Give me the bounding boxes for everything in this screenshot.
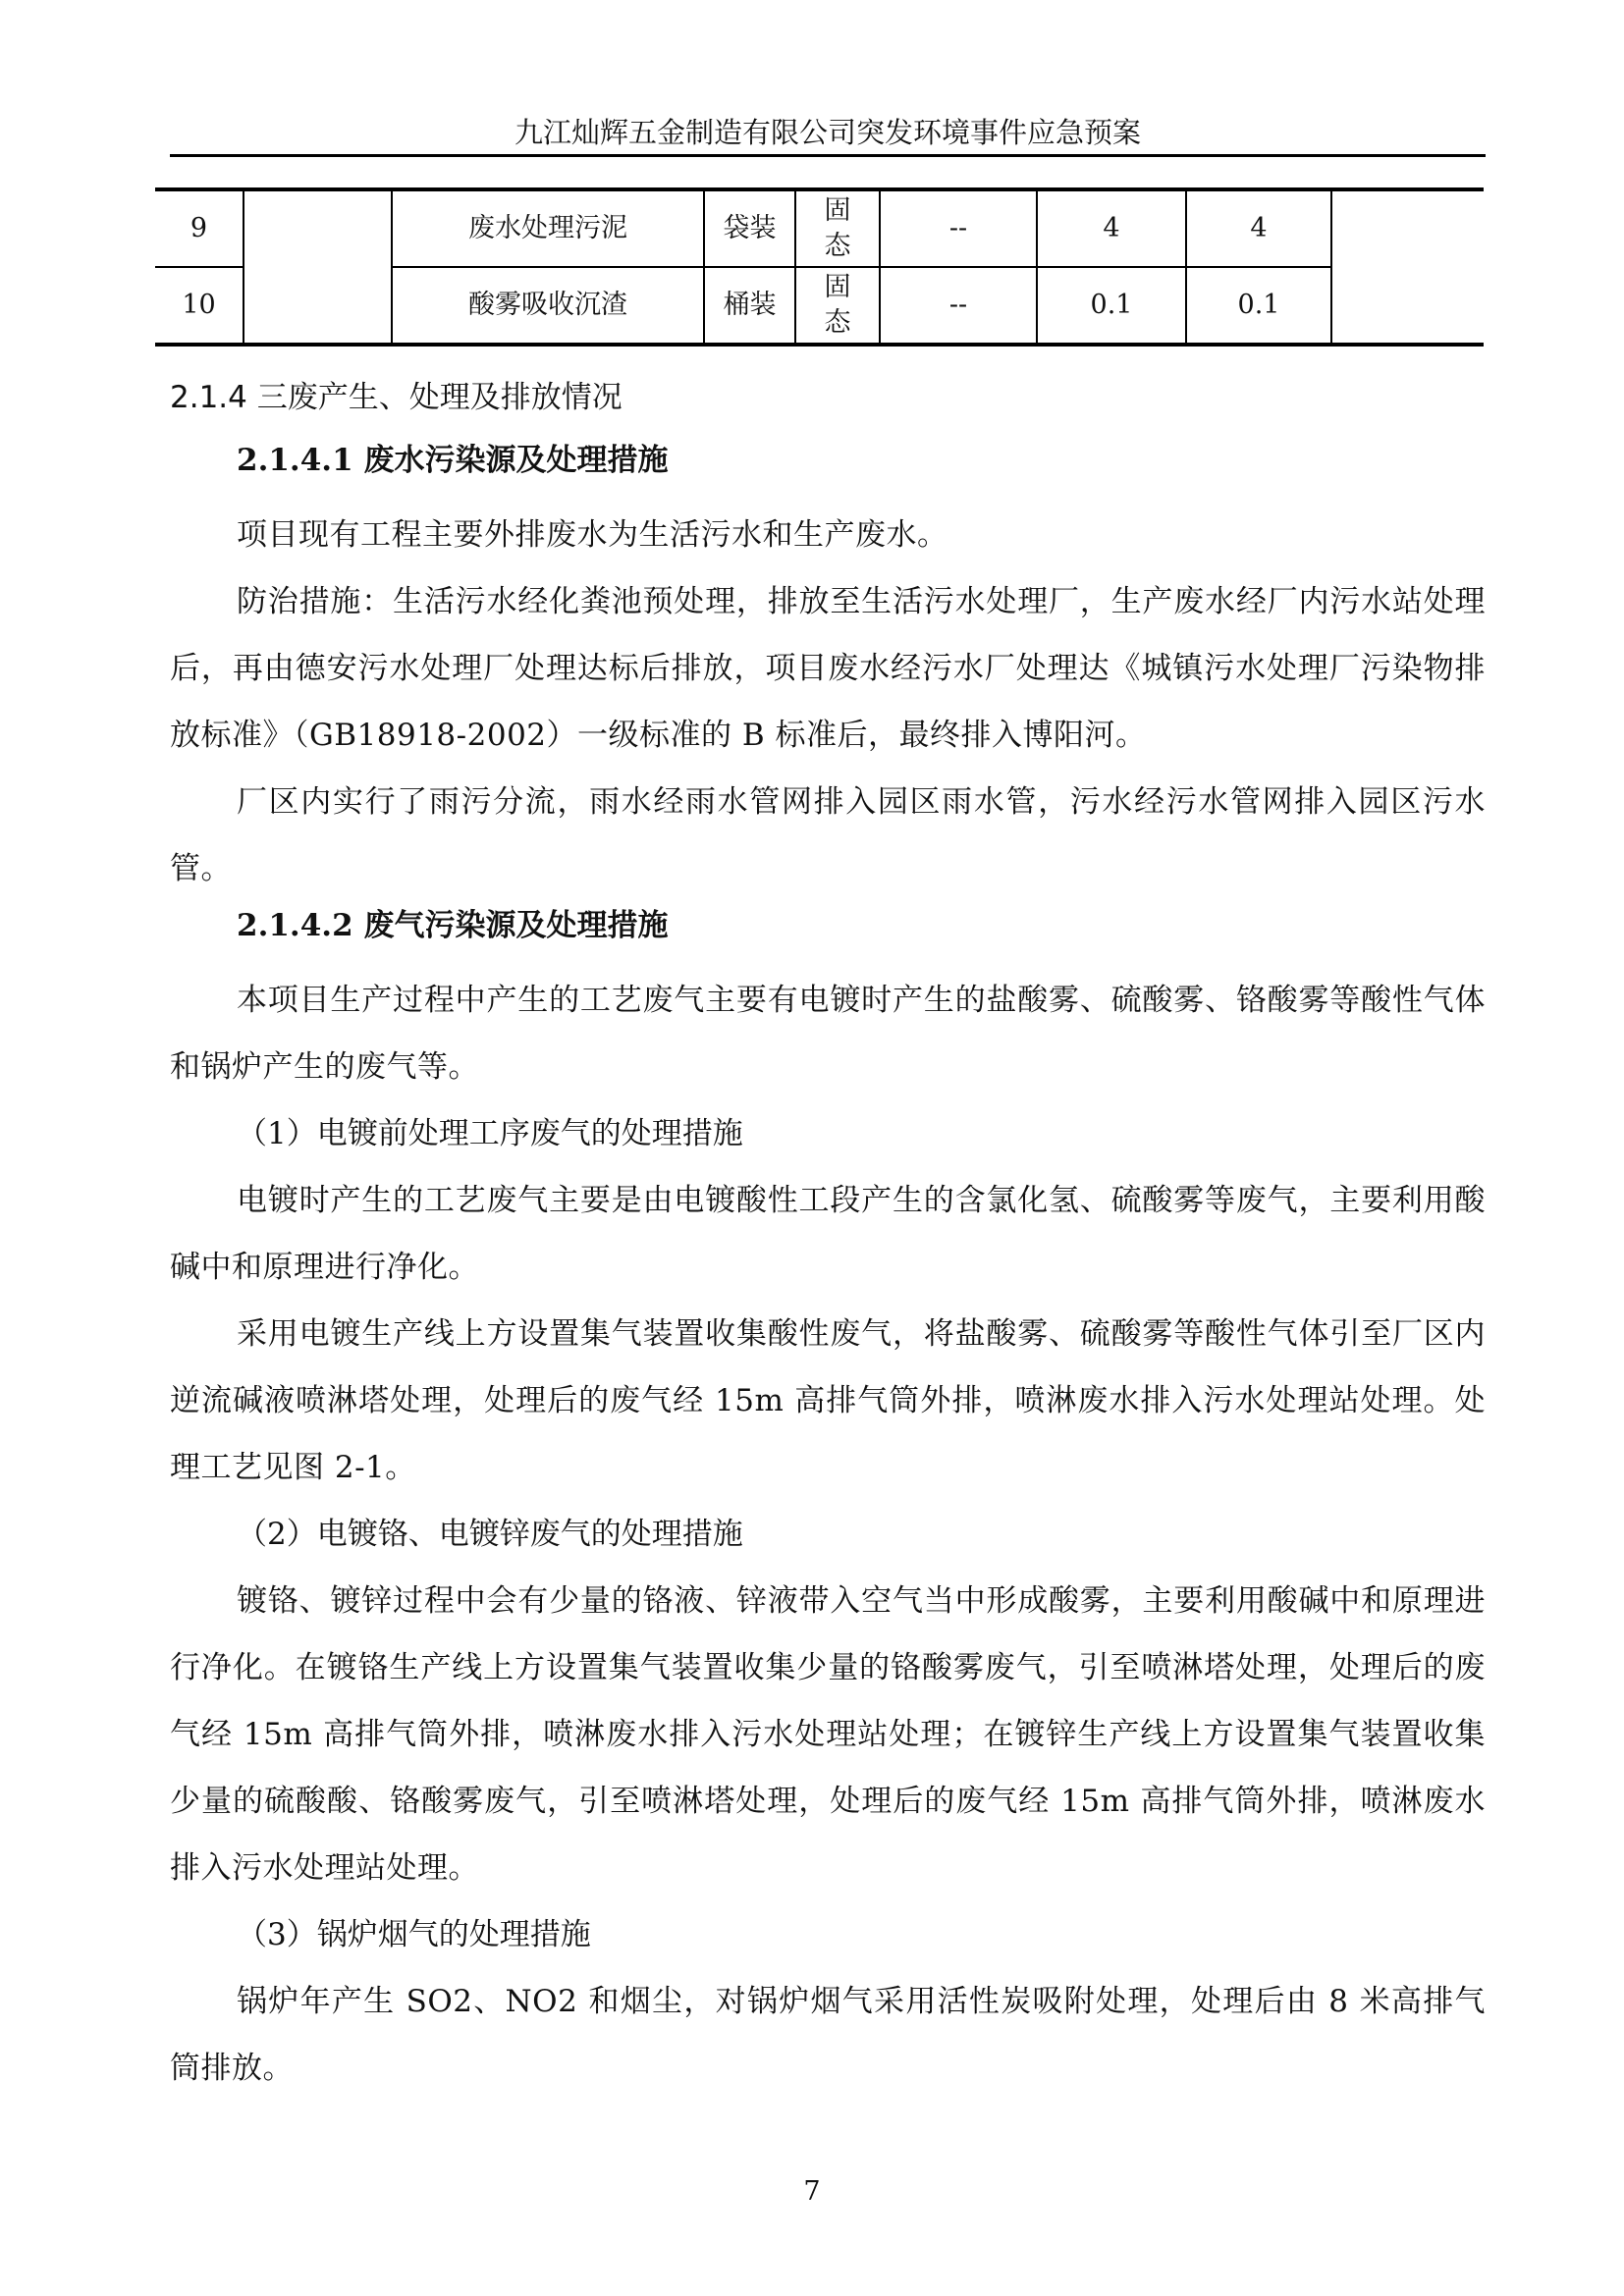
subheading-2: （2）电镀铬、电镀锌废气的处理措施: [170, 1501, 1486, 1568]
section-heading-2-1-4: 2.1.4 三废产生、处理及排放情况: [170, 378, 1486, 441]
paragraph: 镀铬、镀锌过程中会有少量的铬液、锌液带入空气当中形成酸雾，主要利用酸碱中和原理进…: [170, 1568, 1486, 1901]
section-heading-2-1-4-2: 2.1.4.2 废气污染源及处理措施: [170, 906, 1486, 967]
cell-packing: 袋装: [704, 189, 795, 267]
cell-code: --: [880, 267, 1037, 345]
paragraph: 项目现有工程主要外排废水为生活污水和生产废水。: [170, 502, 1486, 568]
paragraph: 采用电镀生产线上方设置集气装置收集酸性废气，将盐酸雾、硫酸雾等酸性气体引至厂区内…: [170, 1301, 1486, 1501]
paragraph: 锅炉年产生 SO2、NO2 和烟尘，对锅炉烟气采用活性炭吸附处理，处理后由 8 …: [170, 1968, 1486, 2102]
cell-no: 10: [155, 267, 244, 345]
paragraph: 本项目生产过程中产生的工艺废气主要有电镀时产生的盐酸雾、硫酸雾、铬酸雾等酸性气体…: [170, 967, 1486, 1100]
cell-amount2: 0.1: [1186, 267, 1331, 345]
cell-state: 固态: [795, 267, 880, 345]
document-body: 2.1.4 三废产生、处理及排放情况 2.1.4.1 废水污染源及处理措施 项目…: [170, 378, 1486, 2102]
cell-category: [244, 189, 392, 345]
section-heading-2-1-4-1: 2.1.4.1 废水污染源及处理措施: [170, 441, 1486, 502]
paragraph: 厂区内实行了雨污分流，雨水经雨水管网排入园区雨水管，污水经污水管网排入园区污水管…: [170, 769, 1486, 902]
paragraph: 电镀时产生的工艺废气主要是由电镀酸性工段产生的含氯化氢、硫酸雾等废气，主要利用酸…: [170, 1167, 1486, 1301]
cell-amount1: 0.1: [1037, 267, 1186, 345]
header-rule: [170, 154, 1486, 157]
subheading-1: （1）电镀前处理工序废气的处理措施: [170, 1100, 1486, 1167]
hazardous-waste-table: 9 废水处理污泥 袋装 固态 -- 4 4 10 酸雾吸收沉渣 桶装 固态 --…: [155, 187, 1484, 347]
state-text: 固态: [823, 270, 852, 341]
cell-amount2: 4: [1186, 189, 1331, 267]
cell-name: 酸雾吸收沉渣: [392, 267, 704, 345]
cell-packing: 桶装: [704, 267, 795, 345]
page-number: 7: [0, 2177, 1624, 2207]
cell-amount1: 4: [1037, 189, 1186, 267]
page-header-title: 九江灿辉五金制造有限公司突发环境事件应急预案: [170, 116, 1486, 149]
cell-no: 9: [155, 189, 244, 267]
state-text: 固态: [823, 193, 852, 264]
cell-name: 废水处理污泥: [392, 189, 704, 267]
table-row: 9 废水处理污泥 袋装 固态 -- 4 4: [155, 189, 1484, 267]
cell-state: 固态: [795, 189, 880, 267]
paragraph: 防治措施：生活污水经化粪池预处理，排放至生活污水处理厂，生产废水经厂内污水站处理…: [170, 568, 1486, 769]
subheading-3: （3）锅炉烟气的处理措施: [170, 1901, 1486, 1968]
cell-note: [1331, 189, 1484, 345]
cell-code: --: [880, 189, 1037, 267]
